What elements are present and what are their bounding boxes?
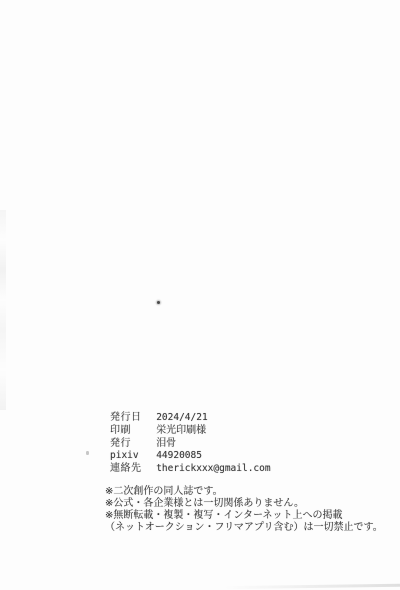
printer-label: 印刷 [110,425,153,438]
contact-email-value: therickxxx@gmail.com [156,463,270,474]
info-row-printer: 印刷 栄光印刷様 [110,425,271,438]
scanned-colophon-page: 発行日 2024/4/21 印刷 栄光印刷様 発行 泪骨 pixiv 44920… [0,0,400,590]
disclaimer-line-no-repost: ※無断転載・複製・複写・インターネット上への掲載 [105,510,383,522]
info-row-publisher: 発行 泪骨 [110,438,271,451]
disclaimer-line-no-affiliation: ※公式・各企業様とは一切関係ありません。 [105,498,383,510]
faint-ink-mark-artifact [86,451,89,455]
pixiv-id-value: 44920085 [156,450,202,461]
disclaimer-line-derivative-work: ※二次創作の同人誌です。 [105,486,383,498]
disclaimer-block: ※二次創作の同人誌です。 ※公式・各企業様とは一切関係ありません。 ※無断転載・… [105,486,383,534]
publish-date-value: 2024/4/21 [156,412,207,423]
info-row-contact: 連絡先 therickxxx@gmail.com [110,463,271,476]
dust-speck-artifact [157,301,160,304]
publisher-value: 泪骨 [156,438,176,449]
info-row-pixiv: pixiv 44920085 [110,450,271,463]
publish-date-label: 発行日 [110,412,153,425]
info-row-publish-date: 発行日 2024/4/21 [110,412,271,425]
publisher-label: 発行 [110,438,153,451]
pixiv-label: pixiv [110,450,153,463]
scan-edge-shadow-artifact [224,584,400,589]
printer-value: 栄光印刷様 [156,425,206,436]
disclaimer-line-no-resale: （ネットオークション・フリマアプリ含む）は一切禁止です。 [105,522,383,534]
publication-info-block: 発行日 2024/4/21 印刷 栄光印刷様 発行 泪骨 pixiv 44920… [110,412,271,476]
contact-label: 連絡先 [110,463,153,476]
scan-smudge-artifact [0,210,6,410]
